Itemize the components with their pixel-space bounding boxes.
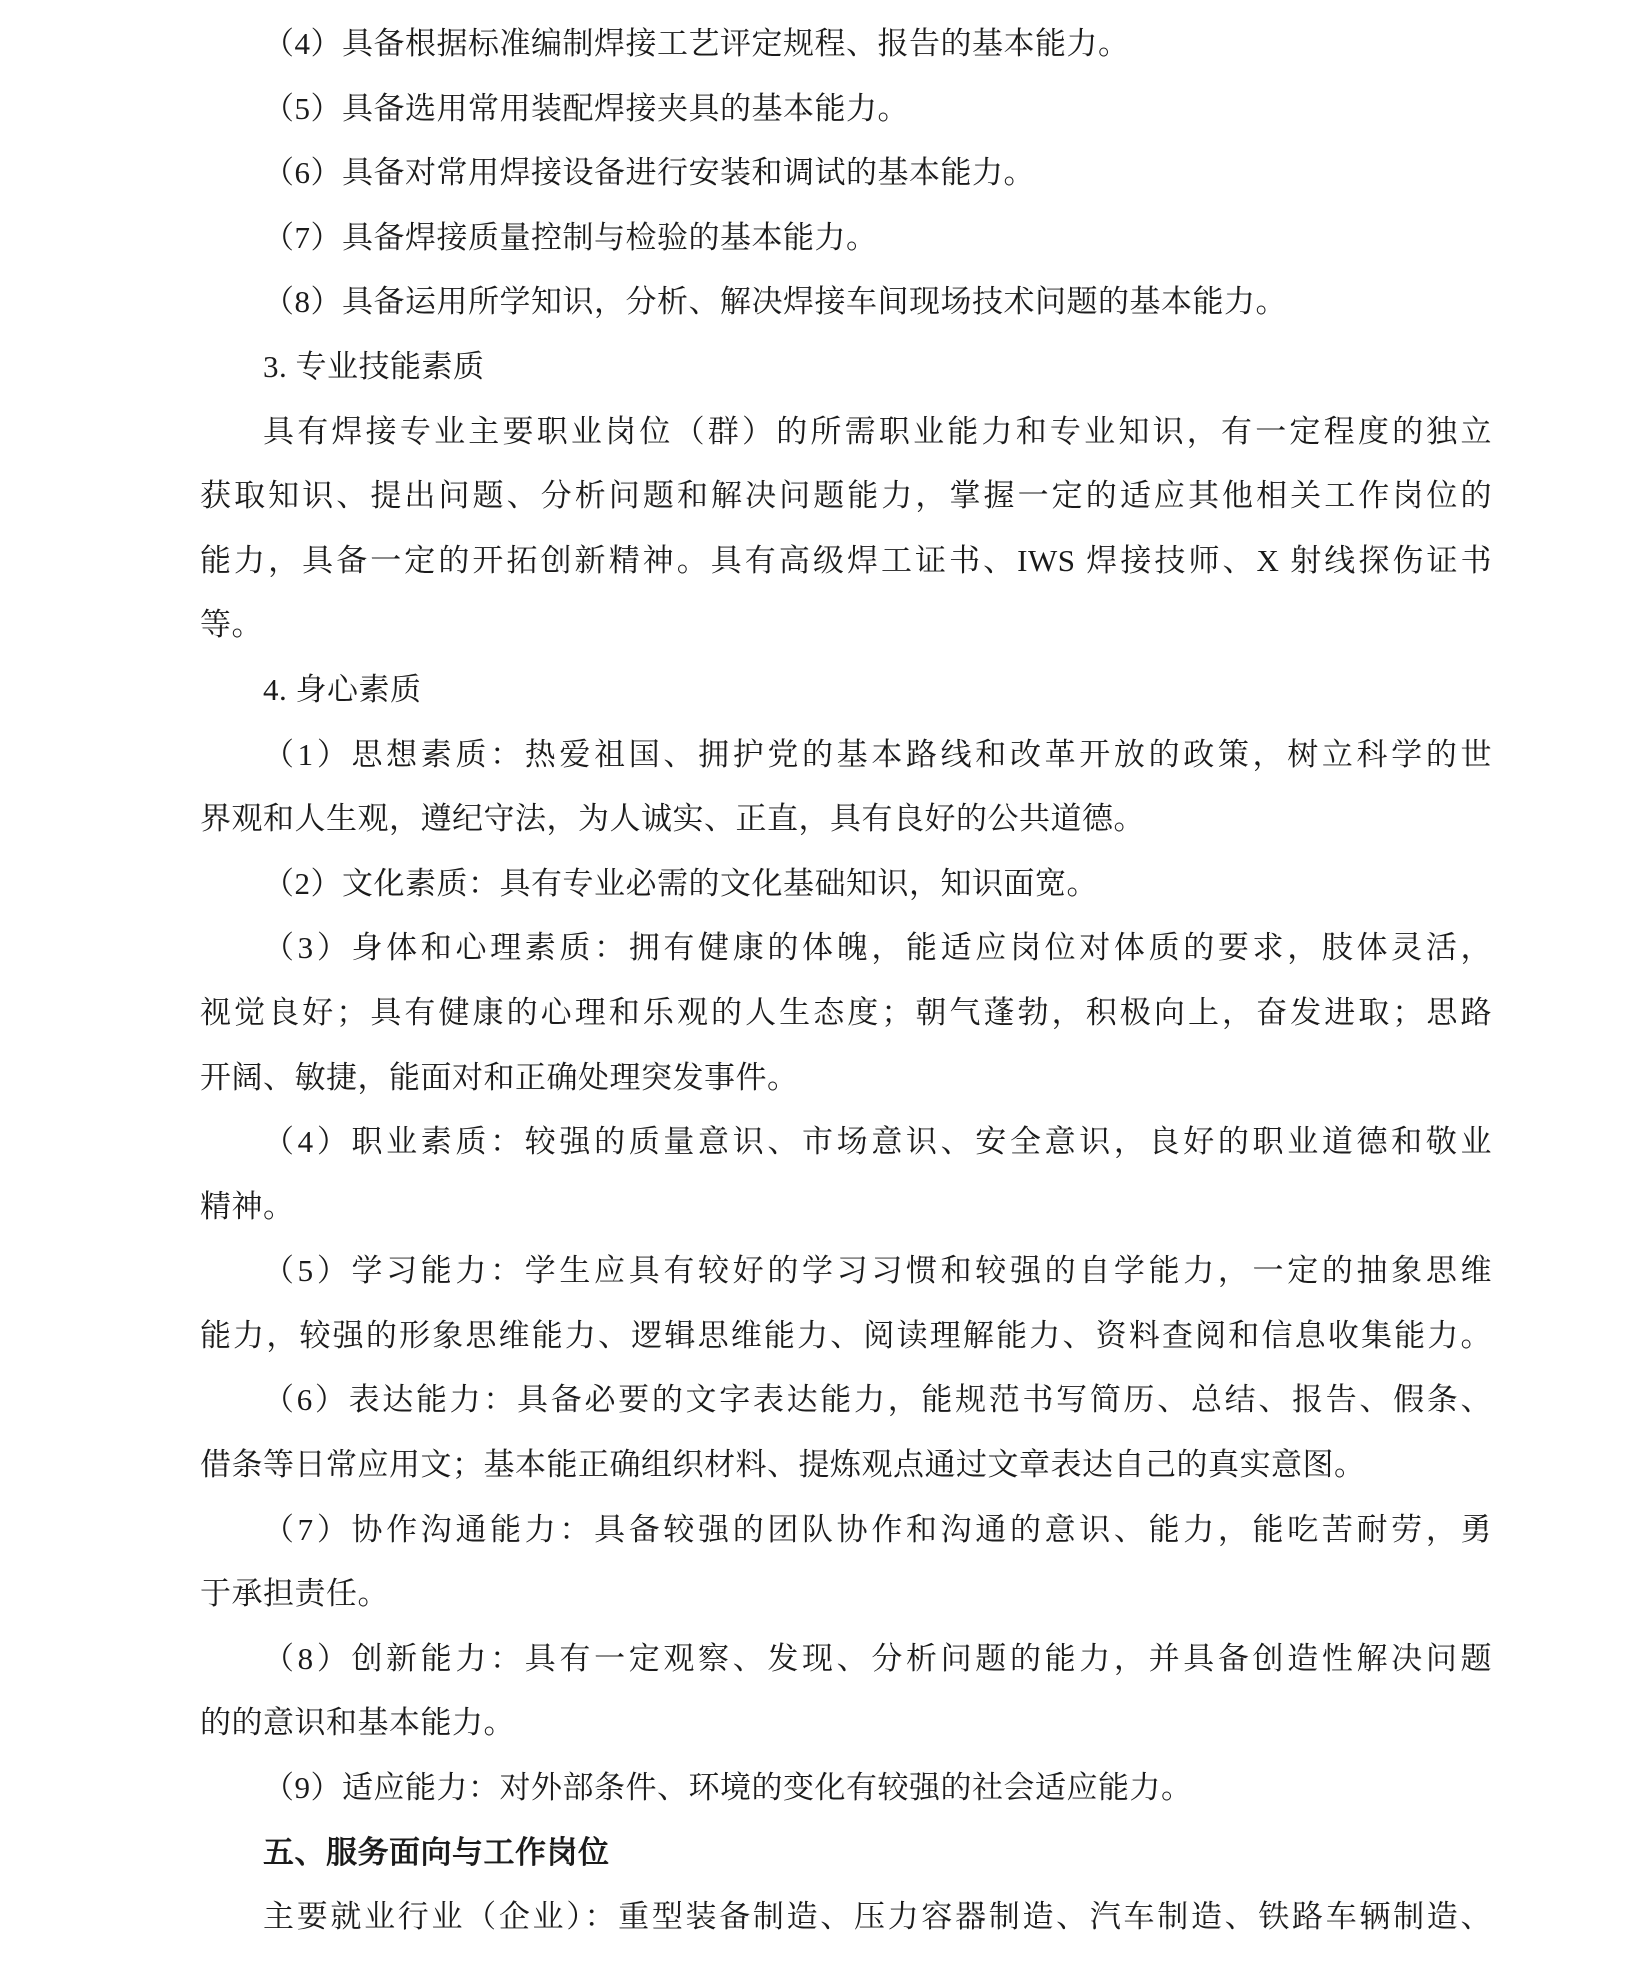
text-line: 能力，较强的形象思维能力、逻辑思维能力、阅读理解能力、资料查阅和信息收集能力。 [200,1304,1492,1369]
document-body: （4）具备根据标准编制焊接工艺评定规程、报告的基本能力。（5）具备选用常用装配焊… [0,0,1648,1976]
text-line: 视觉良好；具有健康的心理和乐观的人生态度；朝气蓬勃，积极向上，奋发进取；思路 [200,981,1492,1046]
text-line: （4）具备根据标准编制焊接工艺评定规程、报告的基本能力。 [200,12,1492,77]
text-line: 主要就业行业（企业）：重型装备制造、压力容器制造、汽车制造、铁路车辆制造、 [200,1885,1492,1950]
text-line: （5）学习能力：学生应具有较好的学习习惯和较强的自学能力，一定的抽象思维 [200,1239,1492,1304]
text-line: （7）协作沟通能力：具备较强的团队协作和沟通的意识、能力，能吃苦耐劳，勇 [200,1498,1492,1563]
text-line: 界观和人生观，遵纪守法，为人诚实、正直，具有良好的公共道德。 [200,787,1492,852]
text-line: 等。 [200,593,1492,658]
text-line: （9）适应能力：对外部条件、环境的变化有较强的社会适应能力。 [200,1756,1492,1821]
text-line: 于承担责任。 [200,1562,1492,1627]
text-line: 的的意识和基本能力。 [200,1691,1492,1756]
text-line: （6）表达能力：具备必要的文字表达能力，能规范书写简历、总结、报告、假条、 [200,1368,1492,1433]
text-line: （4）职业素质：较强的质量意识、市场意识、安全意识，良好的职业道德和敬业 [200,1110,1492,1175]
text-line: （7）具备焊接质量控制与检验的基本能力。 [200,206,1492,271]
document-page: （4）具备根据标准编制焊接工艺评定规程、报告的基本能力。（5）具备选用常用装配焊… [0,0,1648,1976]
text-line: （8）创新能力：具有一定观察、发现、分析问题的能力，并具备创造性解决问题 [200,1627,1492,1692]
section-heading: 五、服务面向与工作岗位 [200,1821,1492,1886]
text-line: 4. 身心素质 [200,658,1492,723]
text-line: 3. 专业技能素质 [200,335,1492,400]
text-line: 开阔、敏捷，能面对和正确处理突发事件。 [200,1046,1492,1111]
text-line: （1）思想素质：热爱祖国、拥护党的基本路线和改革开放的政策，树立科学的世 [200,723,1492,788]
text-line: 具有焊接专业主要职业岗位（群）的所需职业能力和专业知识，有一定程度的独立 [200,400,1492,465]
text-line: 能力，具备一定的开拓创新精神。具有高级焊工证书、IWS 焊接技师、X 射线探伤证… [200,529,1492,594]
text-line: （8）具备运用所学知识，分析、解决焊接车间现场技术问题的基本能力。 [200,270,1492,335]
text-line: （5）具备选用常用装配焊接夹具的基本能力。 [200,77,1492,142]
text-line: （2）文化素质：具有专业必需的文化基础知识，知识面宽。 [200,852,1492,917]
text-line: 借条等日常应用文；基本能正确组织材料、提炼观点通过文章表达自己的真实意图。 [200,1433,1492,1498]
text-line: 获取知识、提出问题、分析问题和解决问题能力，掌握一定的适应其他相关工作岗位的 [200,464,1492,529]
text-line: （3）身体和心理素质：拥有健康的体魄，能适应岗位对体质的要求，肢体灵活， [200,916,1492,981]
text-line: （6）具备对常用焊接设备进行安装和调试的基本能力。 [200,141,1492,206]
text-line: 精神。 [200,1175,1492,1240]
